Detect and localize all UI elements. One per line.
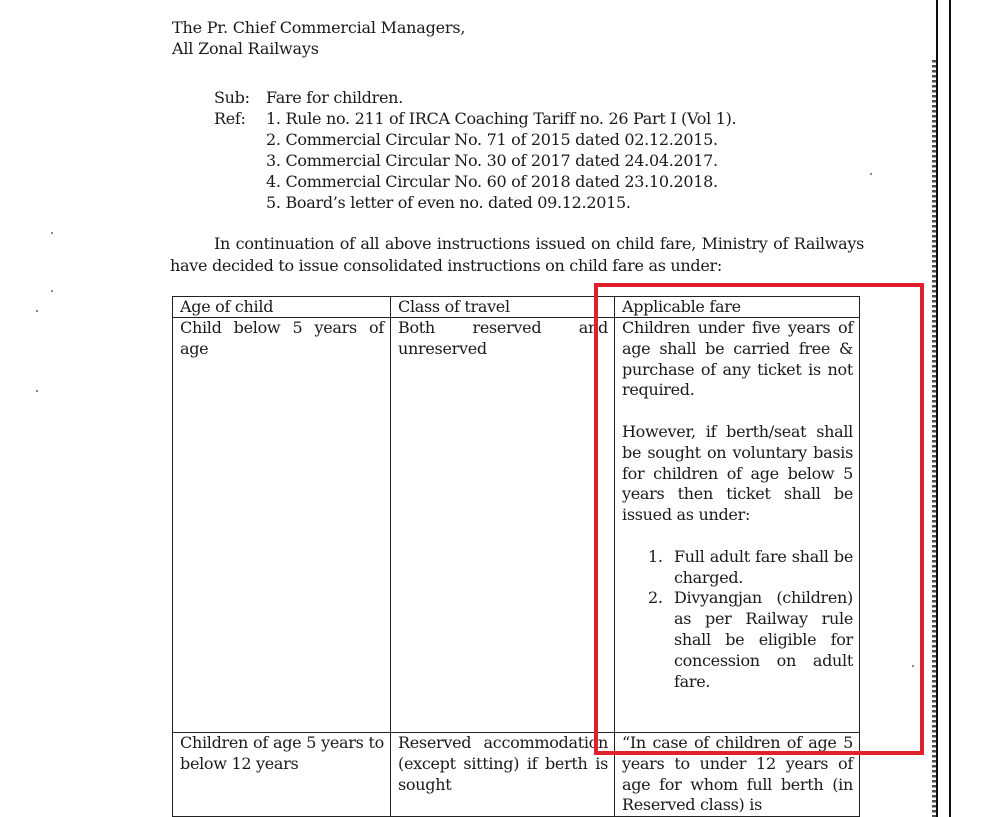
scan-speck — [51, 290, 53, 292]
fare-conditions-list: 1. Full adult fare shall be charged. 2. … — [622, 547, 853, 693]
reference-item: 5. Board’s letter of even no. dated 09.1… — [266, 192, 736, 213]
table-row: Children of age 5 years to below 12 year… — [173, 733, 860, 817]
table-header-row: Age of child Class of travel Applicable … — [173, 297, 860, 318]
list-text: Divyangjan (children) as per Railway rul… — [674, 588, 853, 690]
scan-speck — [912, 665, 914, 667]
fare-paragraph-2: However, if berth/seat shall be sought o… — [622, 422, 853, 526]
scan-speck — [36, 310, 38, 312]
table-row: Child below 5 years of age Both reserved… — [173, 318, 860, 733]
cell-age: Children of age 5 years to below 12 year… — [173, 733, 391, 817]
fare-condition-item: 1. Full adult fare shall be charged. — [674, 547, 853, 589]
header-class-of-travel: Class of travel — [391, 297, 615, 318]
subject-row: Sub: Fare for children. — [214, 87, 736, 108]
scan-speck — [870, 173, 872, 175]
reference-item: 1. Rule no. 211 of IRCA Coaching Tariff … — [266, 108, 736, 129]
header-applicable-fare: Applicable fare — [615, 297, 860, 318]
addressee-line-1: The Pr. Chief Commercial Managers, — [172, 17, 465, 38]
list-number: 1. — [648, 547, 663, 568]
cell-class: Reserved accommodation (except sitting) … — [391, 733, 615, 817]
subject-text: Fare for children. — [266, 87, 403, 108]
addressee-line-2: All Zonal Railways — [172, 38, 465, 59]
cell-age: Child below 5 years of age — [173, 318, 391, 733]
reference-item: 4. Commercial Circular No. 60 of 2018 da… — [266, 171, 736, 192]
list-text: Full adult fare shall be charged. — [674, 547, 853, 587]
references-row: Ref: 1. Rule no. 211 of IRCA Coaching Ta… — [214, 108, 736, 213]
reference-item: 3. Commercial Circular No. 30 of 2017 da… — [266, 150, 736, 171]
document-page: The Pr. Chief Commercial Managers, All Z… — [0, 0, 985, 817]
fare-condition-item: 2. Divyangjan (children) as per Railway … — [674, 588, 853, 692]
scan-speck — [51, 232, 53, 234]
references-list: 1. Rule no. 211 of IRCA Coaching Tariff … — [266, 108, 736, 213]
subject-reference-block: Sub: Fare for children. Ref: 1. Rule no.… — [214, 87, 736, 213]
cell-fare: “In case of children of age 5 years to u… — [615, 733, 860, 817]
cell-class: Both reserved and unreserved — [391, 318, 615, 733]
header-age-of-child: Age of child — [173, 297, 391, 318]
scan-page-edge — [932, 0, 952, 817]
reference-item: 2. Commercial Circular No. 71 of 2015 da… — [266, 129, 736, 150]
scan-speck — [36, 390, 38, 392]
list-number: 2. — [648, 588, 663, 609]
references-label: Ref: — [214, 108, 266, 213]
addressee-block: The Pr. Chief Commercial Managers, All Z… — [172, 17, 465, 59]
intro-paragraph: In continuation of all above instruction… — [170, 233, 864, 277]
scan-edge-line-outer — [949, 0, 951, 817]
cell-fare: Children under five years of age shall b… — [615, 318, 860, 733]
fare-paragraph-1: Children under five years of age shall b… — [622, 318, 853, 401]
scan-edge-line-inner — [936, 0, 938, 817]
subject-label: Sub: — [214, 87, 266, 108]
child-fare-table: Age of child Class of travel Applicable … — [172, 296, 860, 817]
